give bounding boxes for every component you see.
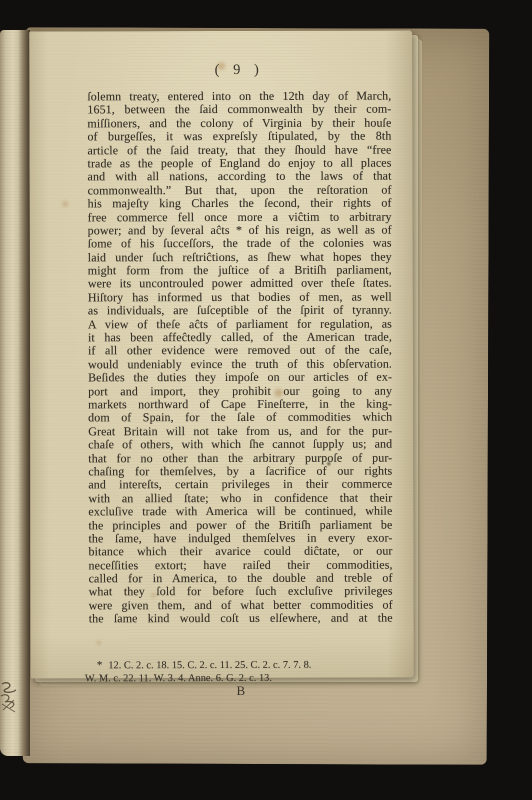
text-line: port and import, they prohibit our going… xyxy=(88,384,392,398)
footnote-marker: * xyxy=(97,659,109,671)
ink-doodle xyxy=(0,676,24,726)
footnote: *12. C. 2. c. 18. 15. C. 2. c. 11. 25. C… xyxy=(85,659,397,686)
text-line: free commerce fell once more a viĉtim to… xyxy=(88,210,392,224)
text-line: might form from the juſtice of a Britiſh… xyxy=(88,264,392,278)
text-line: Great Britain will not take from us, and… xyxy=(88,424,392,438)
text-line: as individuals, are ſuſceptible of the ſ… xyxy=(88,304,392,318)
text-line: and intereſts, certain privileges in the… xyxy=(88,478,392,492)
text-line: chaſing for themſelves, by a ſacrifice o… xyxy=(88,464,392,478)
text-line: dom of Spain, for the ſale of commoditie… xyxy=(88,411,392,425)
text-line: power; and by ſeveral aĉts * of his reig… xyxy=(88,223,392,237)
text-line: were its uncontrouled power admitted ove… xyxy=(88,277,392,291)
text-line: of burgeſſes, it was expreſsly ſtipulate… xyxy=(87,130,391,144)
text-line: would undeniably evince the truth of thi… xyxy=(88,357,392,371)
text-line: with an allied ſtate; who in confidence … xyxy=(88,491,392,505)
body-text: ſolemn treaty, entered into on the 12th … xyxy=(87,90,392,626)
text-line: and with all nations, according to the l… xyxy=(88,170,392,184)
book-photo-backdrop: ( 9 ) ſolemn treaty, entered into on the… xyxy=(0,0,532,800)
text-line: 1651, between the ſaid commonwealth by t… xyxy=(87,103,391,117)
text-line: if all other evidence were removed out o… xyxy=(88,344,392,358)
text-line: trade as the people of England do enjoy … xyxy=(87,157,391,171)
page-number: ( 9 ) xyxy=(87,62,391,80)
footnote-citation: 12. C. 2. c. 18. 15. C. 2. c. 11. 25. C.… xyxy=(108,660,311,672)
text-line: chaſe of others, with which ſhe cannot ſ… xyxy=(88,438,392,452)
text-line: the ſame, have indulged themſelves in ev… xyxy=(88,531,392,545)
stain xyxy=(95,639,103,646)
footnote-line: *12. C. 2. c. 18. 15. C. 2. c. 11. 25. C… xyxy=(85,659,397,673)
text-line: markets northward of Cape Fineſterre, in… xyxy=(88,398,392,412)
text-line: what they ſold for before ſuch excluſive… xyxy=(89,585,393,599)
text-line: A view of theſe aĉts of parliament for r… xyxy=(88,317,392,331)
text-line: miſſioners, and the colony of Virginia b… xyxy=(87,116,391,130)
text-line: laid under ſuch reſtriĉtions, as ſhew wh… xyxy=(88,250,392,264)
text-line: commonwealth.” But that, upon the reſtor… xyxy=(88,183,392,197)
text-line: bitance which their avarice could diĉtat… xyxy=(88,545,392,559)
text-line: called for in America, to the double and… xyxy=(89,572,393,586)
facing-page-edge xyxy=(0,30,30,756)
text-line: that for no other than the arbitrary pur… xyxy=(88,451,392,465)
text-line: the ſame kind would coſt us elſewhere, a… xyxy=(89,612,393,626)
text-line: Hiſtory has informed us that bodies of m… xyxy=(88,290,392,304)
text-line: it has been affeĉtedly called, of the Am… xyxy=(88,331,392,345)
text-line: ſome of his ſucceſſors, the trade of the… xyxy=(88,237,392,251)
text-line: Beſides the duties they impoſe on our ar… xyxy=(88,371,392,385)
signature-mark: B xyxy=(89,683,393,700)
text-line: ſolemn treaty, entered into on the 12th … xyxy=(87,90,391,104)
stain xyxy=(60,199,71,208)
text-line: were given them, and of what better comm… xyxy=(89,598,393,612)
text-line: article of the ſaid treaty, that they ſh… xyxy=(87,143,391,157)
text-line: his majeſty king Charles the ſecond, the… xyxy=(88,197,392,211)
text-line: neceſſities extort; have raiſed their co… xyxy=(89,558,393,572)
book-page: ( 9 ) ſolemn treaty, entered into on the… xyxy=(29,30,414,678)
text-line: excluſive trade with America will be con… xyxy=(88,505,392,519)
text-line: the principles and power of the Britiſh … xyxy=(88,518,392,532)
